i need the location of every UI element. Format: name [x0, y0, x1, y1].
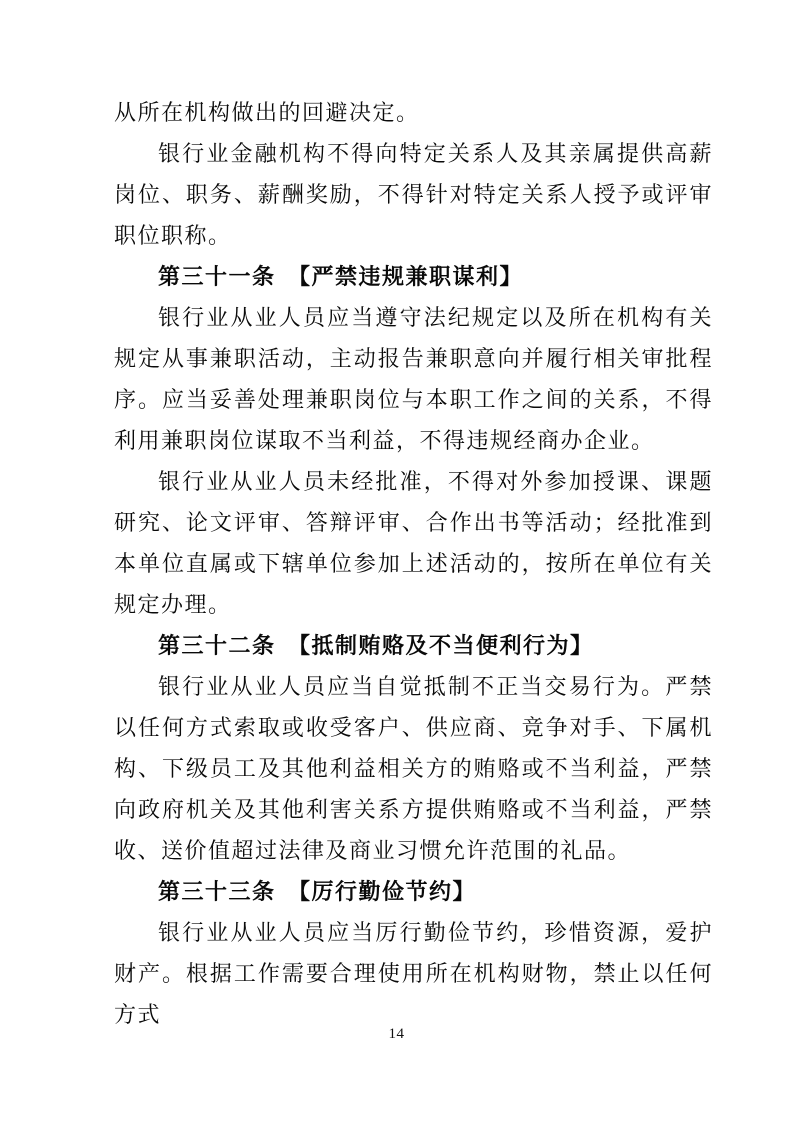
- body-paragraph: 银行业从业人员应当遵守法纪规定以及所在机构有关规定从事兼职活动，主动报告兼职意向…: [114, 297, 713, 461]
- body-paragraph: 银行业金融机构不得向特定关系人及其亲属提供高薪岗位、职务、薪酬奖励，不得针对特定…: [114, 133, 713, 256]
- page-number: 14: [0, 1026, 793, 1043]
- section-heading: 第三十三条 【厉行勤俭节约】: [114, 871, 713, 912]
- continuation-paragraph: 从所在机构做出的回避决定。: [114, 92, 713, 133]
- section-heading: 第三十一条 【严禁违规兼职谋利】: [114, 256, 713, 297]
- document-page: 从所在机构做出的回避决定。银行业金融机构不得向特定关系人及其亲属提供高薪岗位、职…: [0, 0, 793, 1122]
- document-body: 从所在机构做出的回避决定。银行业金融机构不得向特定关系人及其亲属提供高薪岗位、职…: [114, 92, 713, 1035]
- section-heading: 第三十二条 【抵制贿赂及不当便利行为】: [114, 625, 713, 666]
- body-paragraph: 银行业从业人员应当厉行勤俭节约，珍惜资源，爱护财产。根据工作需要合理使用所在机构…: [114, 912, 713, 1035]
- body-paragraph: 银行业从业人员应当自觉抵制不正当交易行为。严禁以任何方式索取或收受客户、供应商、…: [114, 666, 713, 871]
- body-paragraph: 银行业从业人员未经批准，不得对外参加授课、课题研究、论文评审、答辩评审、合作出书…: [114, 461, 713, 625]
